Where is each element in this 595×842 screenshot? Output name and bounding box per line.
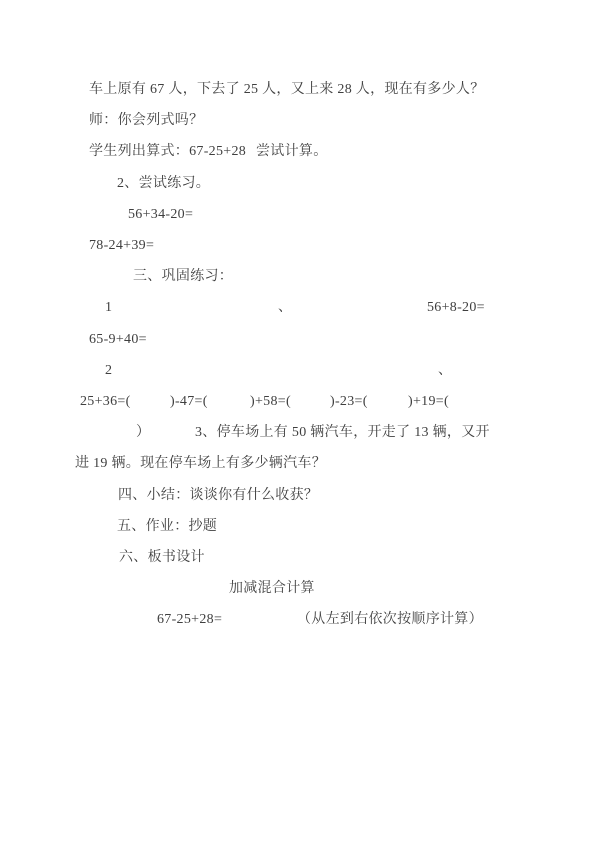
section-homework-heading: 五、作业：抄题 [117, 519, 217, 535]
student-expression-text: 学生列出算式：67-25+28 [89, 144, 246, 160]
exercise-56-8-20: 56+8-20= [427, 300, 485, 316]
section-board-design-heading: 六、板书设计 [119, 550, 205, 566]
item-2-enum-comma: 、 [438, 363, 452, 379]
bus-problem-text: 车上原有 67 人，下去了 25 人，又上来 28 人，现在有多少人？ [89, 82, 485, 98]
item-1-enum-comma: 、 [278, 300, 292, 316]
exercise-56-34-20: 56+34-20= [128, 207, 193, 223]
try-calculate-text: 尝试计算。 [256, 144, 328, 160]
section-consolidate-heading: 三、巩固练习： [133, 269, 233, 285]
chain-exercise-part-2: )-47=( [170, 394, 208, 410]
exercise-65-9-40: 65-9+40= [89, 332, 147, 348]
chain-exercise-part-1: 25+36=( [80, 394, 131, 410]
parking-problem-text: 3、停车场上有 50 辆汽车，开走了 13 辆，又开 [195, 425, 490, 441]
board-note-text: （从左到右依次按顺序计算） [297, 612, 483, 628]
item-1-number: 1 [105, 300, 112, 316]
teacher-question-text: 师：你会列式吗？ [89, 113, 203, 129]
chain-exercise-part-5: )+19=( [408, 394, 449, 410]
parking-problem-continued: 进 19 辆。现在停车场上有多少辆汽车？ [75, 456, 326, 472]
board-expression-text: 67-25+28= [157, 612, 222, 628]
closing-paren: ） [136, 425, 150, 441]
document-page: 车上原有 67 人，下去了 25 人，又上来 28 人，现在有多少人？ 师：你会… [0, 0, 595, 842]
section-try-practice-heading: 2、尝试练习。 [117, 176, 210, 192]
chain-exercise-part-3: )+58=( [250, 394, 291, 410]
item-2-number: 2 [105, 363, 112, 379]
board-title-text: 加减混合计算 [229, 581, 315, 597]
exercise-78-24-39: 78-24+39= [89, 238, 154, 254]
section-summary-heading: 四、小结：谈谈你有什么收获？ [118, 488, 318, 504]
chain-exercise-part-4: )-23=( [330, 394, 368, 410]
